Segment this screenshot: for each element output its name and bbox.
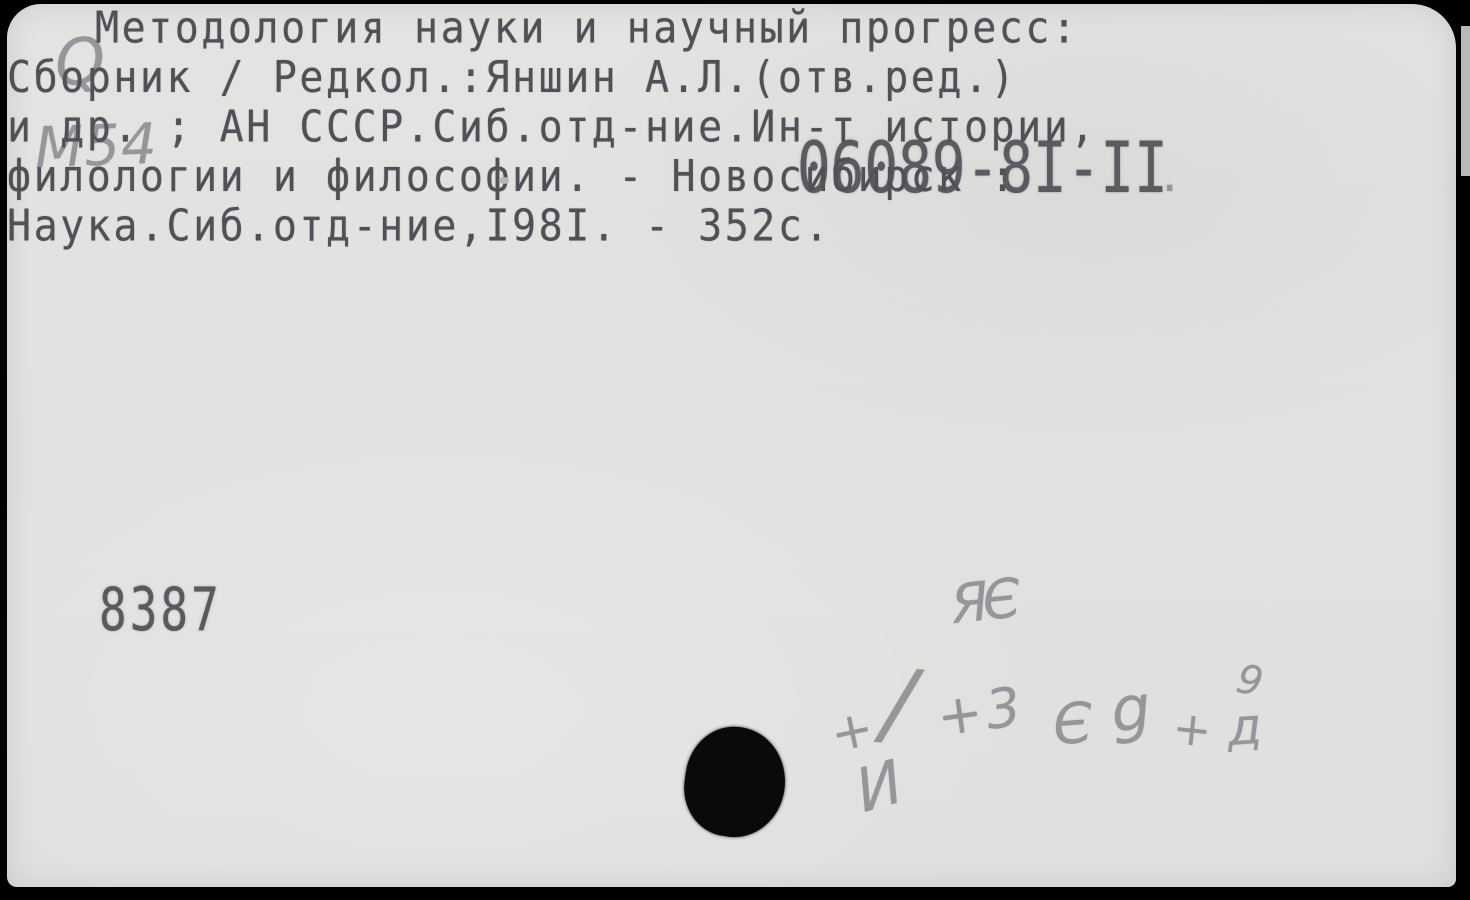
scan-edge-glare	[1461, 26, 1470, 176]
pencil-formula-number: +3	[933, 674, 1029, 749]
ink-blot	[678, 721, 792, 844]
pencil-mark: ЯЄ	[948, 567, 1017, 636]
pencil-formula-last-letter: д	[1225, 697, 1264, 757]
entry-line-place: филологии и философии. - Новосибирск :	[7, 153, 1456, 203]
pencil-formula-plus-2: +	[1170, 700, 1214, 758]
pencil-formula-below-letter: И	[848, 747, 910, 827]
entry-line-editors: Сборник / Редкол.:Яншин А.Л.(отв.ред.)	[7, 54, 1456, 104]
stock-number: 8387	[99, 574, 222, 644]
bibliographic-entry: Методология науки и научный прогресс: Сб…	[7, 4, 1456, 252]
scan-background: { "document_type": "library catalog card…	[0, 0, 1470, 900]
entry-line-institution: и др. ; АН СССР.Сиб.отд-ние.Ин-т истории…	[7, 103, 1456, 153]
pencil-formula-g: g	[1107, 670, 1154, 747]
pencil-formula-epsilon: Є	[1051, 691, 1095, 759]
entry-line-publisher-year-pages: Наука.Сиб.отд-ние,I98I. - 352с.	[7, 202, 1456, 252]
entry-line-title: Методология науки и научный прогресс:	[7, 4, 1456, 54]
catalog-card: Q М54 06089-8I-II . Методология науки и …	[7, 4, 1456, 887]
paper-speckle	[499, 177, 509, 184]
pencil-formula-slash: /	[879, 649, 917, 758]
